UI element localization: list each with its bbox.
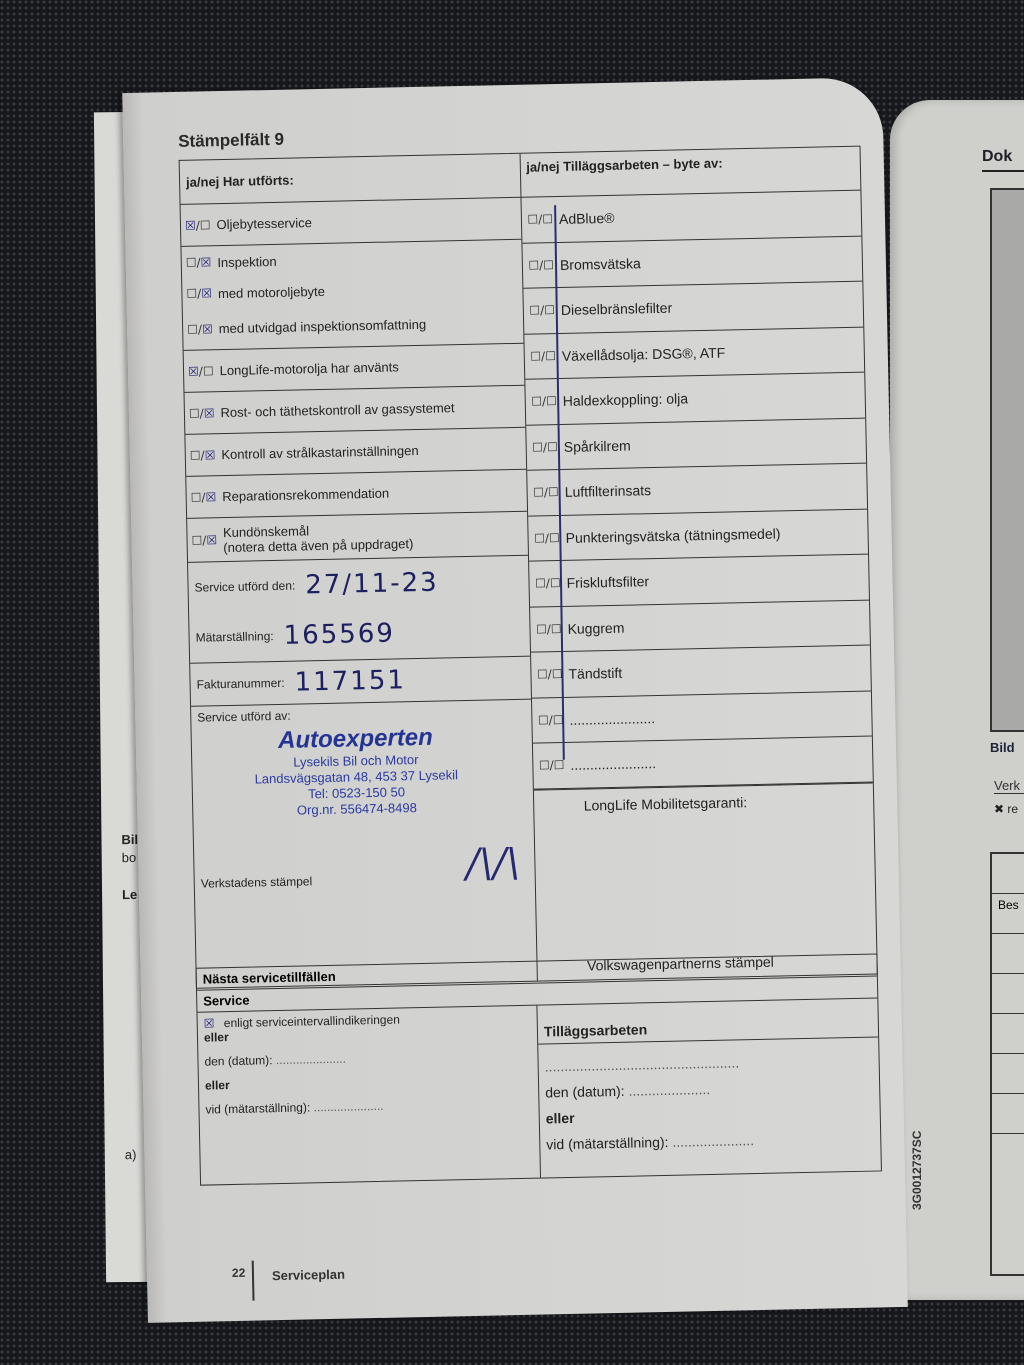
ja-nej-checkbox[interactable]: ☐/☐: [530, 349, 556, 364]
interval-checkbox[interactable]: ☒: [204, 1016, 215, 1030]
performed-item-label: med utvidgad inspektionsomfattning: [219, 317, 427, 336]
additional-work-item[interactable]: ☐/☐Luftfilterinsats: [527, 464, 867, 517]
performed-item-label: Inspektion: [217, 253, 277, 269]
performed-item-label: med motoroljebyte: [218, 283, 325, 300]
additional-work-item[interactable]: ☐/☐Bromsvätska: [522, 236, 862, 289]
extra-date-label: den (datum):: [545, 1083, 625, 1101]
next-date-field[interactable]: den (datum): .....................: [204, 1048, 531, 1069]
left-page-text: bo: [122, 850, 137, 865]
ja-nej-checkbox[interactable]: ☐/☐: [536, 622, 562, 637]
signature: /\/\: [466, 840, 521, 887]
odometer-field[interactable]: Mätarställning: 165569: [189, 606, 529, 664]
additional-work-item[interactable]: ☐/☐Dieselbränslefilter: [523, 282, 863, 335]
left-page-text: a): [125, 1147, 137, 1162]
ja-nej-checkbox[interactable]: ☒/☐: [188, 364, 214, 379]
re-text: ✖ re: [994, 802, 1018, 816]
performed-item[interactable]: ☐/☒Kontroll av strålkastarinställningen: [185, 428, 525, 477]
workshop-stamp-area: Service utförd av: Autoexperten Lysekils…: [191, 699, 534, 897]
partner-stamp-area: LongLife Mobilitetsgaranti: Volkswagenpa…: [533, 782, 876, 980]
verk-text: Verk: [994, 778, 1024, 794]
additional-work-label: Bromsvätska: [560, 255, 641, 273]
performed-item-label: LongLife-motorolja har använts: [219, 359, 399, 378]
next-page-table: Bes: [990, 852, 1024, 1276]
extra-odometer-label: vid (mätarställning):: [546, 1134, 668, 1153]
additional-work-item[interactable]: ☐/☐Haldexkoppling: olja: [525, 373, 865, 426]
additional-work-item[interactable]: ☐/☐Växellådsolja: DSG®, ATF: [524, 327, 864, 380]
ja-nej-checkbox[interactable]: ☐/☐: [533, 485, 559, 500]
next-odometer-label: vid (mätarställning):: [205, 1100, 310, 1116]
ja-nej-checkbox[interactable]: ☐/☐: [532, 440, 558, 455]
guarantee-label: LongLife Mobilitetsgaranti:: [584, 794, 748, 813]
additional-work-label: Växellådsolja: DSG®, ATF: [562, 344, 726, 363]
additional-work-label: ......................: [570, 755, 656, 773]
additional-work-item[interactable]: ☐/☐......................: [531, 691, 871, 744]
additional-work-item[interactable]: ☐/☐Spårkilrem: [526, 418, 866, 471]
next-service-section: Nästa servicetillfällen Service ☒ enligt…: [196, 953, 882, 1185]
ja-nej-checkbox[interactable]: ☒/☐: [185, 218, 211, 233]
additional-work-item[interactable]: ☐/☐Friskluftsfilter: [529, 555, 869, 608]
ja-nej-checkbox[interactable]: ☐/☐: [529, 303, 555, 318]
additional-work-label: Spårkilrem: [564, 437, 631, 454]
stamp-field-form: ja/nej Har utförts: ☒/☐Oljebytesservice☐…: [179, 146, 878, 989]
additional-work-label: AdBlue®: [559, 210, 615, 227]
ja-nej-checkbox[interactable]: ☐/☒: [190, 448, 216, 463]
workshop-stamp: Autoexperten Lysekils Bil och Motor Land…: [254, 723, 459, 819]
next-odometer-field[interactable]: vid (mätarställning): ..................…: [205, 1096, 532, 1117]
ja-nej-checkbox[interactable]: ☐/☐: [538, 713, 564, 728]
performed-item[interactable]: ☐/☒Reparationsrekommendation: [186, 470, 526, 519]
performed-item[interactable]: ☒/☐LongLife-motorolja har använts: [184, 344, 524, 393]
ja-nej-checkbox[interactable]: ☐/☒: [186, 286, 212, 301]
or-label: eller: [546, 1104, 874, 1127]
section-name: Serviceplan: [272, 1267, 345, 1284]
ja-nej-checkbox[interactable]: ☐/☒: [186, 255, 212, 270]
ja-nej-checkbox[interactable]: ☐/☐: [531, 394, 557, 409]
ja-nej-checkbox[interactable]: ☐/☒: [189, 406, 215, 421]
odometer-label: Mätarställning:: [195, 629, 273, 645]
extra-odometer-field[interactable]: vid (mätarställning): ..................…: [546, 1130, 874, 1153]
additional-work-column: ja/nej Tilläggsarbeten – byte av: ☐/☐AdB…: [520, 147, 877, 980]
additional-work-label: Punkteringsvätska (tätningsmedel): [566, 525, 781, 545]
additional-work-label: Dieselbränslefilter: [561, 300, 673, 318]
next-date-blank: .....................: [276, 1052, 346, 1067]
performed-item[interactable]: ☒/☐Oljebytesservice: [181, 198, 521, 247]
performed-item[interactable]: ☐/☒Rost- och täthetskontroll av gassyste…: [184, 386, 524, 435]
performed-item-sublabel: (notera detta även på uppdraget): [223, 536, 413, 555]
ja-nej-checkbox[interactable]: ☐/☒: [191, 533, 217, 548]
service-date-field[interactable]: Service utförd den: 27/11-23: [188, 556, 528, 613]
figure-label: Bild: [990, 740, 1015, 755]
performed-by-label: Service utförd av:: [197, 709, 291, 725]
next-odometer-blank: .....................: [313, 1099, 383, 1114]
additional-work-label: Luftfilterinsats: [565, 482, 652, 500]
extra-date-field[interactable]: den (datum): .....................: [545, 1078, 873, 1101]
invoice-value: 117151: [294, 665, 406, 697]
or-label: eller: [205, 1072, 532, 1093]
service-booklet-page: Stämpelfält 9 ja/nej Har utförts: ☒/☐Olj…: [122, 77, 908, 1323]
next-extra-work: Tilläggsarbeten ........................…: [537, 998, 881, 1177]
additional-work-label: Friskluftsfilter: [566, 573, 649, 591]
ja-nej-checkbox[interactable]: ☐/☐: [539, 758, 565, 773]
service-date-value: 27/11-23: [305, 568, 439, 601]
ja-nej-checkbox[interactable]: ☐/☐: [537, 667, 563, 682]
additional-work-item[interactable]: ☐/☐Tändstift: [531, 646, 871, 699]
invoice-field[interactable]: Fakturanummer: 117151: [190, 657, 530, 706]
performed-item[interactable]: ☐/☒med utvidgad inspektionsomfattning: [183, 302, 523, 351]
workshop-stamp-label: Verkstadens stämpel: [201, 874, 313, 890]
performed-item-label: Reparationsrekommendation: [222, 486, 389, 504]
additional-work-label: Kuggrem: [567, 619, 624, 636]
extra-odometer-blank: .....................: [672, 1132, 754, 1150]
performed-item-label: Rost- och täthetskontroll av gassystemet: [220, 400, 454, 420]
ja-nej-checkbox[interactable]: ☐/☐: [534, 531, 560, 546]
ja-nej-checkbox[interactable]: ☐/☐: [527, 212, 553, 227]
additional-work-label: Haldexkoppling: olja: [563, 391, 689, 410]
extra-date-blank: .....................: [628, 1081, 710, 1099]
additional-work-item[interactable]: ☐/☐Punkteringsvätska (tätningsmedel): [528, 509, 868, 562]
performed-header: ja/nej Har utförts:: [180, 154, 520, 205]
extra-work-blank[interactable]: ........................................…: [545, 1052, 873, 1075]
performed-column: ja/nej Har utförts: ☒/☐Oljebytesservice☐…: [180, 154, 538, 987]
ja-nej-checkbox[interactable]: ☐/☐: [528, 258, 554, 273]
additional-work-header: ja/nej Tilläggsarbeten – byte av:: [520, 147, 860, 198]
ja-nej-checkbox[interactable]: ☐/☒: [191, 490, 217, 505]
page-title: Stämpelfält 9: [178, 130, 284, 152]
page-number: 22: [232, 1266, 246, 1280]
left-page-text: Bil: [121, 832, 138, 847]
left-page-text: Le: [122, 887, 137, 902]
performed-item-label: Oljebytesservice: [216, 215, 312, 232]
performed-item[interactable]: ☐/☒Kundönskemål(notera detta även på upp…: [187, 512, 527, 563]
additional-work-item[interactable]: ☐/☐AdBlue®: [521, 191, 861, 244]
additional-work-item[interactable]: ☐/☐......................: [532, 737, 872, 790]
divider: [252, 1261, 254, 1301]
additional-work-label: ......................: [569, 710, 655, 728]
figure-image: [990, 188, 1024, 732]
odometer-value: 165569: [283, 619, 395, 651]
additional-work-item[interactable]: ☐/☐Kuggrem: [530, 600, 870, 653]
document-code: 3G0012737SC: [910, 1131, 924, 1210]
stamp-brand: Autoexperten: [254, 723, 458, 755]
next-page: Dok Bild Verk ✖ re Bes 3G0012737SC: [890, 100, 1024, 1300]
stamp-line: Org.nr. 556474-8498: [255, 799, 459, 819]
next-service-options: ☒ enligt serviceintervallindikeringen el…: [197, 1006, 541, 1185]
performed-item-label: Kontroll av strålkastarinställningen: [221, 443, 419, 462]
next-date-label: den (datum):: [204, 1053, 272, 1068]
ja-nej-checkbox[interactable]: ☐/☒: [187, 322, 213, 337]
divider: [982, 170, 1024, 172]
additional-work-label: Tändstift: [568, 665, 622, 682]
next-page-title: Dok: [982, 148, 1012, 166]
service-date-label: Service utförd den:: [194, 579, 295, 595]
invoice-label: Fakturanummer:: [196, 676, 284, 692]
table-cell: Bes: [992, 894, 1024, 934]
ja-nej-checkbox[interactable]: ☐/☐: [535, 576, 561, 591]
